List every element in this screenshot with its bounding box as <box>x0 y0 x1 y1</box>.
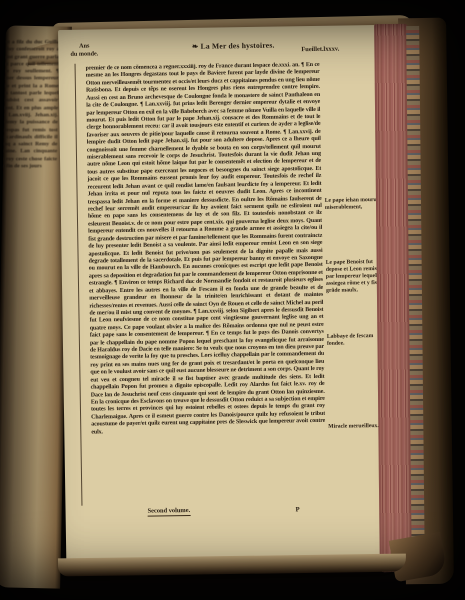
book-bottom-page-edge <box>58 554 406 577</box>
margin-note-pope-benedict: Le pape Benoist fut depose et Leon remis… <box>326 259 385 295</box>
running-head-title: ❧ La Mer des hystoires. <box>158 40 308 51</box>
book-photograph: le gouvernemẽt leglise fut a filz du duc… <box>0 0 465 600</box>
margin-note-pope-john: Le pape iehan mourut miserablement, <box>325 197 383 212</box>
main-text-block: premier de ce nom cõmencea a regner.xxxi… <box>86 62 327 512</box>
facing-page-text: le gouvernemẽt leglise fut a filz du duc… <box>0 39 60 579</box>
margin-note-fecamp-abbey: Labbaye de fescam fondee. <box>327 333 385 348</box>
folio-number: Fueillet.lxxxv. <box>301 45 371 53</box>
running-head-years: Ans du monde. <box>62 42 106 58</box>
running-head-years-line2: du monde. <box>70 50 98 57</box>
recto-page: Ans du monde. ❧ La Mer des hystoires. Fu… <box>58 25 390 568</box>
volume-label: Second volume. <box>148 507 191 517</box>
signature-mark: P <box>296 506 300 513</box>
year-column-rule <box>75 64 83 506</box>
running-head-years-line1: Ans <box>79 43 89 50</box>
